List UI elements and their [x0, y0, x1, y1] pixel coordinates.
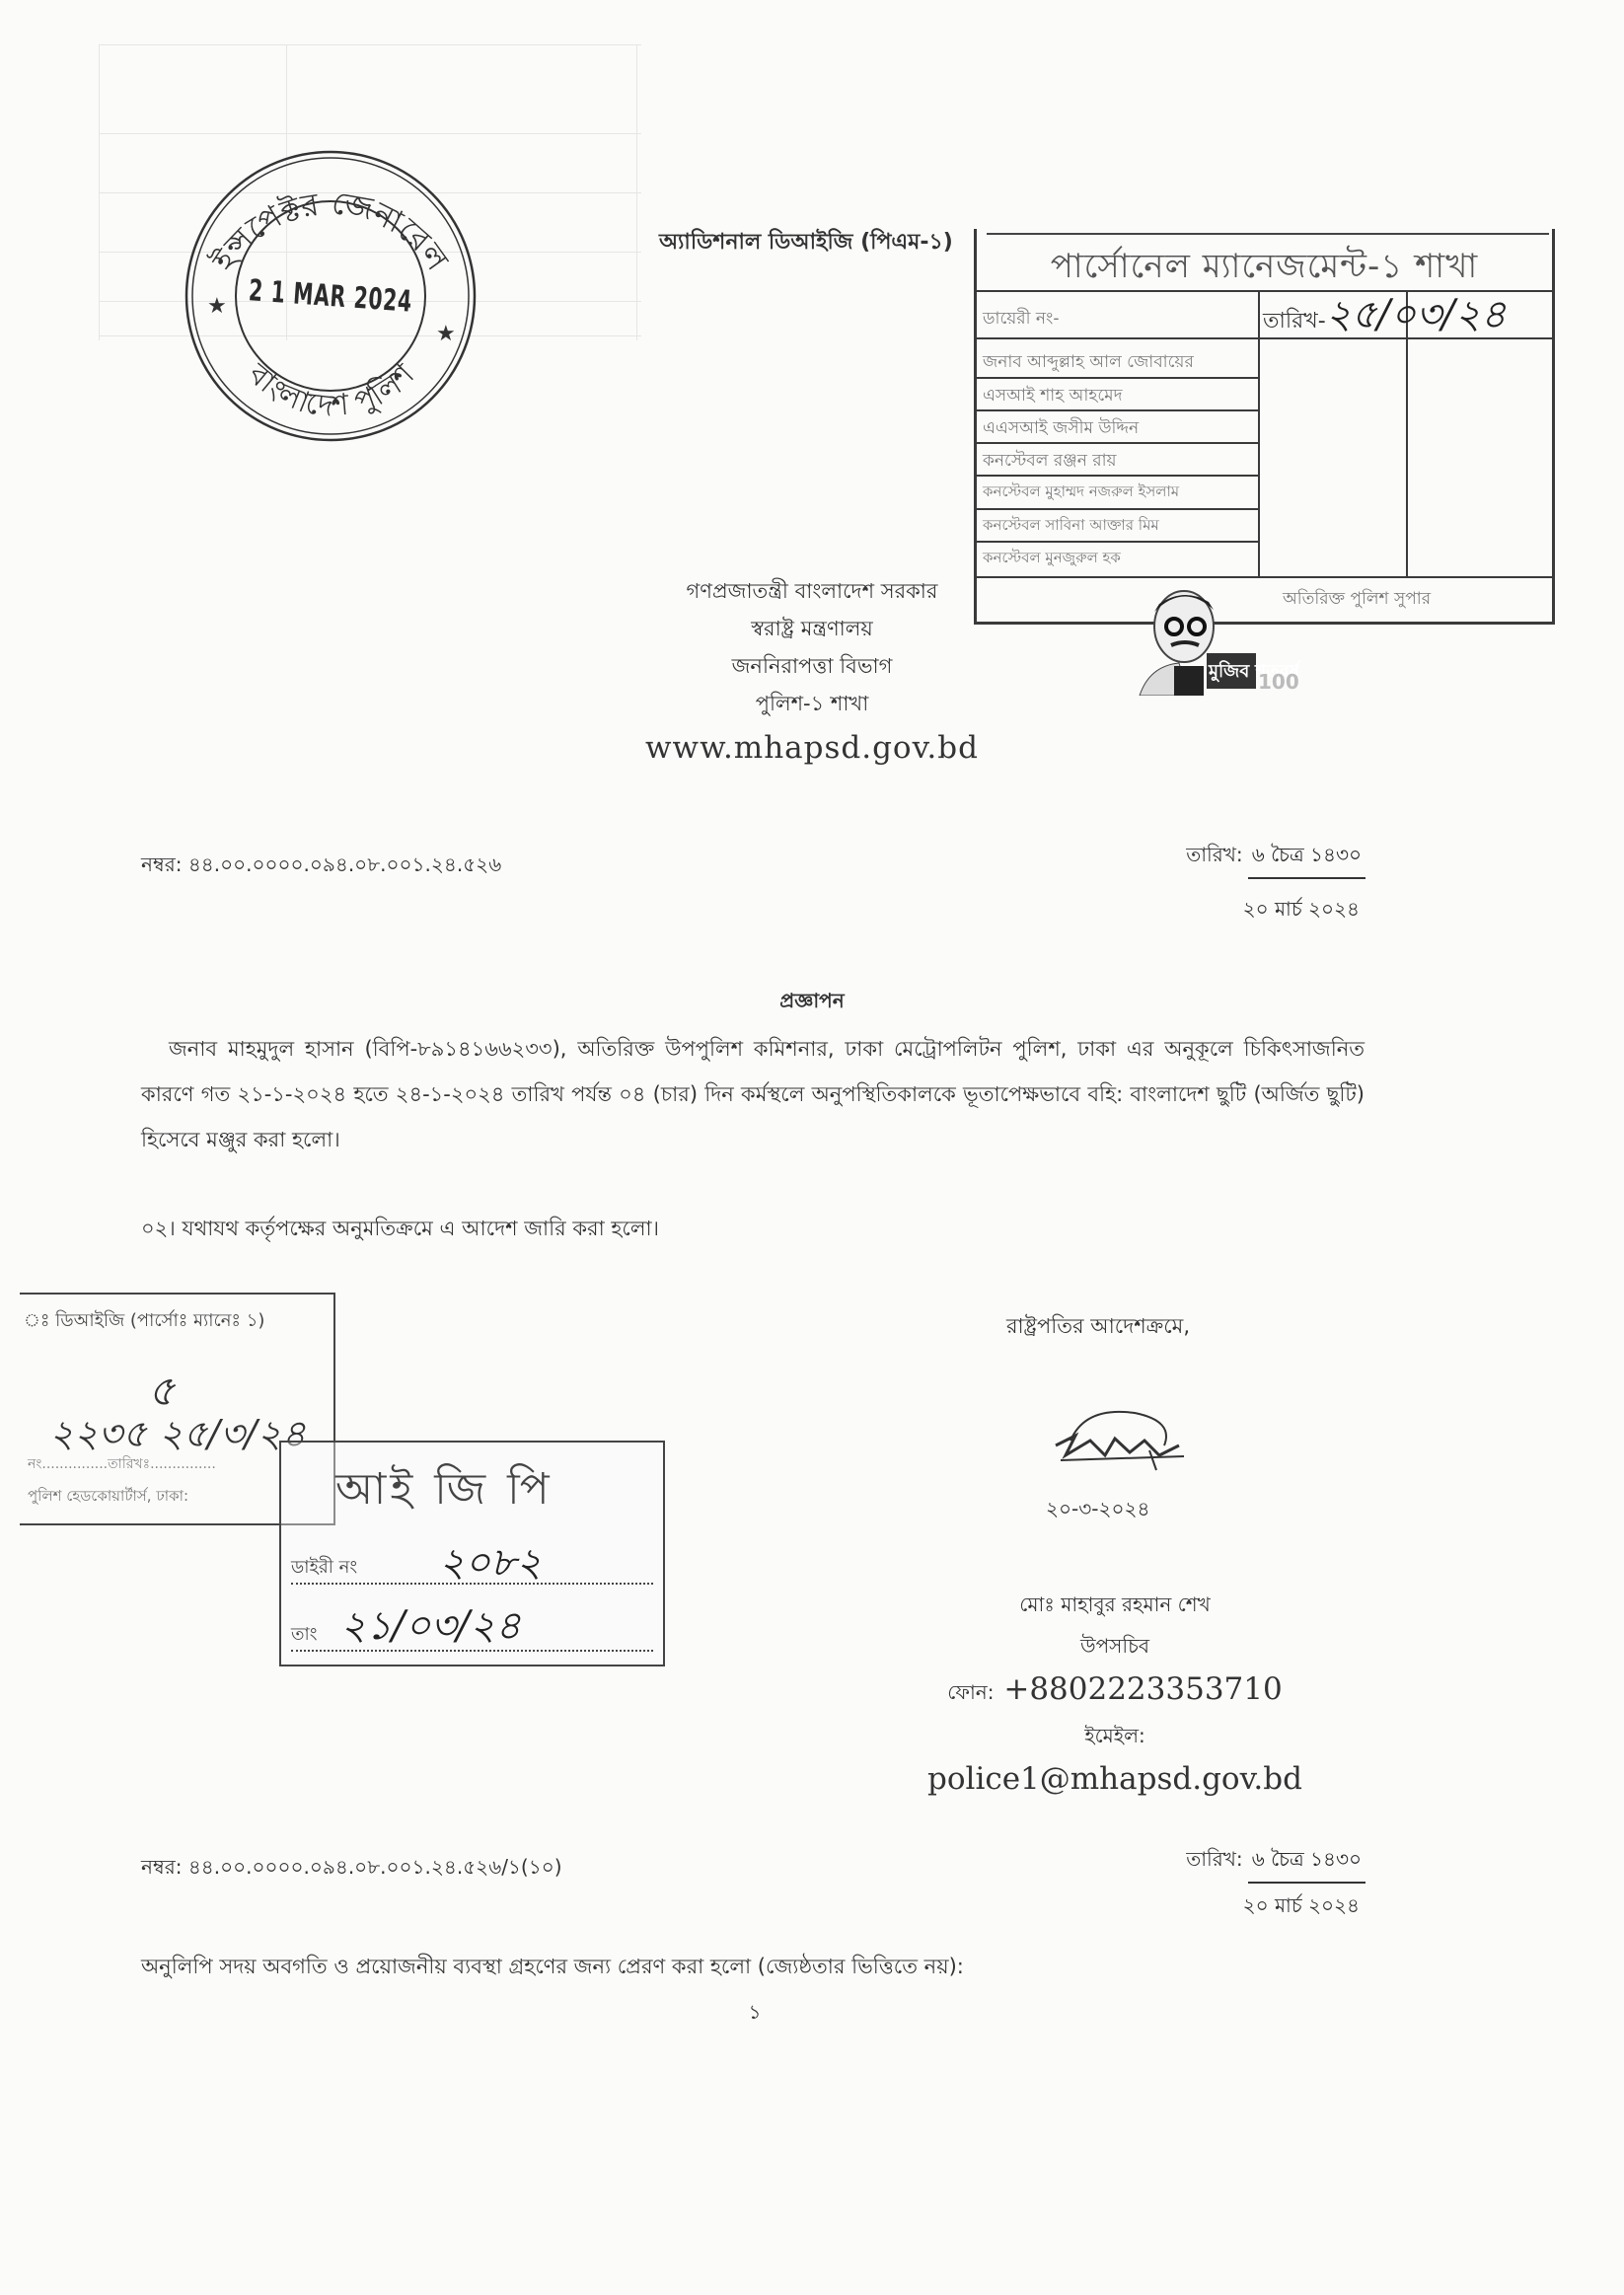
register-name: কনস্টেবল সাবিনা আক্তার মিম	[983, 514, 1159, 539]
signature-scribble	[1046, 1401, 1194, 1475]
svg-text:ইন্সপেক্টর জেনারেল: ইন্সপেক্টর জেনারেল	[204, 184, 457, 278]
svg-text:★: ★	[436, 322, 456, 346]
header-ministry: স্বরাষ্ট্র মন্ত্রণালয়	[0, 610, 1624, 647]
by-order-of-president: রাষ্ট্রপতির আদেশক্রমে,	[1006, 1310, 1190, 1345]
igp-date-row: তাং ২১/০৩/২৪	[291, 1620, 653, 1652]
register-date: তারিখ-২৫/০৩/২৪	[1263, 283, 1507, 349]
dig-stamp-fields: নং...............তারিখঃ...............	[28, 1452, 216, 1476]
igp-stamp-title: আই জি পি	[335, 1456, 554, 1528]
copy-memo-number: নম্বর: ৪৪.০০.০০০০.০৯৪.০৮.০০১.২৪.৫২৬/১(১০…	[141, 1853, 562, 1886]
register-stamp: পার্সোনেল ম্যানেজমেন্ট-১ শাখা ডায়েরী নং…	[974, 229, 1555, 625]
memo-number: নম্বর: ৪৪.০০.০০০০.০৯৪.০৮.০০১.২৪.৫২৬	[141, 851, 501, 883]
memo-date-bangla: ৬ চৈত্র ১৪৩০	[1248, 841, 1366, 879]
register-name: কনস্টেবল মুনজুরুল হক	[983, 547, 1121, 571]
page-number: ১	[0, 1998, 1510, 2031]
header-division: জননিরাপত্তা বিভাগ	[0, 647, 1624, 685]
signature-date: ২০-৩-২০২৪	[1046, 1495, 1149, 1527]
register-name: কনস্টেবল মুহাম্মদ নজরুল ইসলাম	[983, 481, 1179, 505]
memo-date: তারিখ: ৬ চৈত্র ১৪৩০ ২০ মার্চ ২০২৪	[1129, 841, 1366, 927]
register-name: জনাব আব্দুল্লাহ আল জোবায়ের	[983, 349, 1194, 377]
signatory-email[interactable]: police1@mhapsd.gov.bd	[888, 1756, 1342, 1802]
igp-date: ২১/০৩/২৪	[340, 1594, 521, 1661]
dig-stamp-address: পুলিশ হেডকোয়ার্টার্স, ঢাকা:	[28, 1485, 188, 1510]
svg-text:বাংলাদেশ পুলিশ: বাংলাদেশ পুলিশ	[241, 356, 422, 424]
igp-diary-no: ২০৮২	[439, 1531, 542, 1597]
header-government: গণপ্রজাতন্ত্রী বাংলাদেশ সরকার	[0, 572, 1624, 610]
memo-date-gregorian: ২০ মার্চ ২০২৪	[1129, 895, 1366, 927]
body-paragraph-2: ০২। যথাযথ কর্তৃপক্ষের অনুমতিক্রমে এ আদেশ…	[141, 1206, 1365, 1251]
register-name: কনস্টেবল রঞ্জন রায়	[983, 448, 1117, 476]
letterhead: গণপ্রজাতন্ত্রী বাংলাদেশ সরকার স্বরাষ্ট্র…	[0, 572, 1624, 766]
signatory-phone: ফোন: +8802223353710	[888, 1666, 1342, 1715]
register-date-handwritten: ২৫/০৩/২৪	[1326, 292, 1507, 337]
signatory-name: মোঃ মাহাবুর রহমান শেখ	[888, 1584, 1342, 1625]
copy-memo-date-bangla: ৬ চৈত্র ১৪৩০	[1248, 1845, 1366, 1884]
register-diary-label: ডায়েরী নং-	[983, 306, 1060, 333]
header-website[interactable]: www.mhapsd.gov.bd	[0, 730, 1624, 766]
body-paragraph-1: জনাব মাহমুদুল হাসান (বিপি-৮৯১৪১৬৬২৩৩), অ…	[141, 1026, 1365, 1162]
register-name: এএসআই জসীম উদ্দিন	[983, 415, 1139, 443]
register-name: এসআই শাহ আহমেদ	[983, 383, 1123, 410]
signatory-email-label: ইমেইল:	[888, 1715, 1342, 1756]
forward-note: অ্যাডিশনাল ডিআইজি (পিএম-১)	[659, 225, 953, 261]
signatory-block: মোঃ মাহাবুর রহমান শেখ উপসচিব ফোন: +88022…	[888, 1584, 1342, 1802]
copy-memo-date: তারিখ: ৬ চৈত্র ১৪৩০ ২০ মার্চ ২০২৪	[1129, 1845, 1366, 1924]
igp-diary-row: ডাইরী নং ২০৮২	[291, 1553, 653, 1585]
document-title: প্রজ্ঞাপন	[0, 987, 1624, 1019]
copy-memo-date-gregorian: ২০ মার্চ ২০২৪	[1129, 1891, 1366, 1924]
signatory-designation: উপসচিব	[888, 1625, 1342, 1666]
dig-stamp-title: ঃ ডিআইজি (পার্সোঃ ম্যানেঃ ১)	[24, 1306, 264, 1337]
ig-round-seal: ইন্সপেক্টর জেনারেল বাংলাদেশ পুলিশ ★ ★ 2 …	[178, 143, 483, 449]
igp-diary-stamp: আই জি পি ডাইরী নং ২০৮২ তাং ২১/০৩/২৪	[279, 1441, 665, 1666]
copy-distribution-text: অনুলিপি সদয় অবগতি ও প্রয়োজনীয় ব্যবস্থ…	[141, 1951, 964, 1985]
header-branch: পুলিশ-১ শাখা	[0, 685, 1624, 722]
